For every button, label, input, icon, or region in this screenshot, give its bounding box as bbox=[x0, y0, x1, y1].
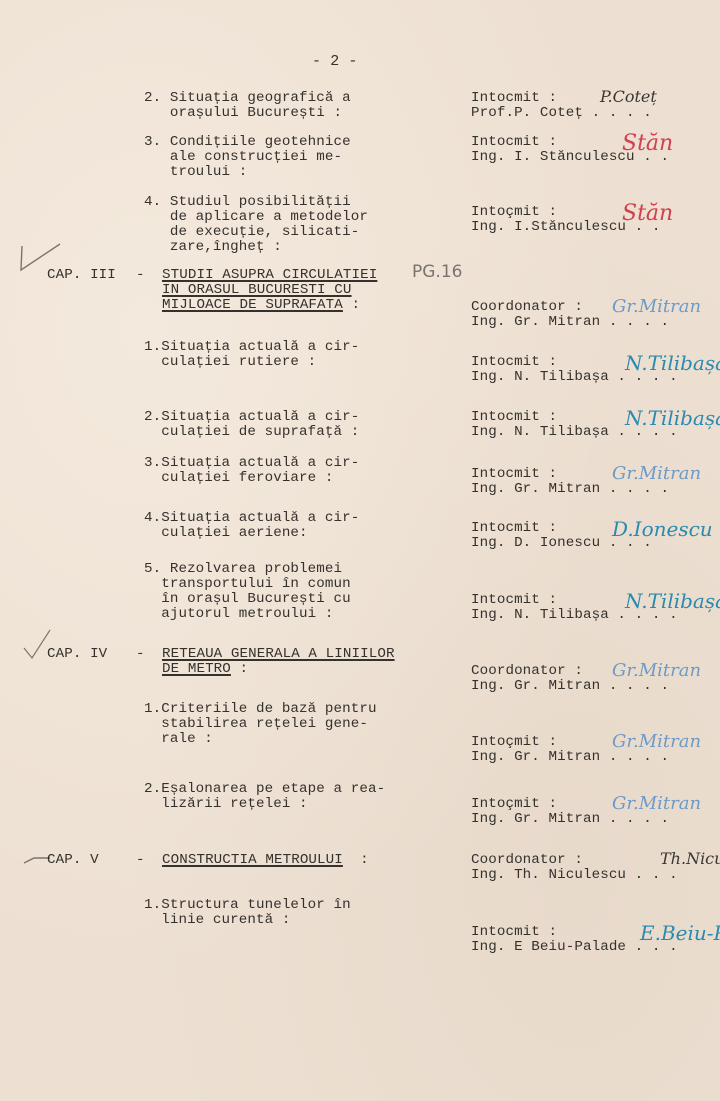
handwritten-signature: Th.Niculescu bbox=[660, 849, 720, 868]
section-item-title: culației rutiere : bbox=[144, 355, 316, 370]
section-item-title: stabilirea rețelei gene- bbox=[144, 717, 368, 732]
handwritten-signature: D.Ionescu bbox=[612, 517, 713, 541]
section-item-title: orașului București : bbox=[144, 106, 342, 121]
section-item-title: 1.Situația actuală a cir- bbox=[144, 340, 359, 355]
chapter-label: CAP. IV bbox=[47, 647, 107, 662]
handwritten-signature: N.Tilibașa bbox=[625, 589, 720, 613]
credit-role: Intocmit : bbox=[471, 925, 557, 940]
section-item-title: ajutorul metroului : bbox=[144, 607, 334, 622]
credit-role: Intoçmit : bbox=[471, 797, 557, 812]
title-colon: : bbox=[343, 298, 360, 313]
chapter-label: CAP. V bbox=[47, 853, 99, 868]
handwritten-signature: Gr.Mitran bbox=[612, 731, 701, 752]
credit-role: Intocmit : bbox=[471, 521, 557, 536]
credit-role: Intocmit : bbox=[471, 410, 557, 425]
credit-role: Intocmit : bbox=[471, 355, 557, 370]
chapter-title: MIJLOACE DE SUPRAFATA : bbox=[162, 298, 360, 313]
chapter-label: CAP. III bbox=[47, 268, 116, 283]
section-item-title: rale : bbox=[144, 732, 213, 747]
credit-role: Intocmit : bbox=[471, 135, 557, 150]
section-item-title: 3. Condițiile geotehnice bbox=[144, 135, 351, 150]
credit-name: Ing. Gr. Mitran . . . . bbox=[471, 679, 669, 694]
credit-name: Ing. Gr. Mitran . . . . bbox=[471, 750, 669, 765]
credit-role: Coordonator : bbox=[471, 300, 583, 315]
section-item-title: de execuție, silicati- bbox=[144, 225, 359, 240]
credit-role: Intocmit : bbox=[471, 593, 557, 608]
section-item-title: troului : bbox=[144, 165, 247, 180]
chapter-title: STUDII ASUPRA CIRCULATIEI bbox=[162, 268, 377, 283]
section-item-title: 5. Rezolvarea problemei bbox=[144, 562, 342, 577]
section-item-title: 1.Criteriile de bază pentru bbox=[144, 702, 377, 717]
handwritten-signature: N.Tilibașa bbox=[625, 406, 720, 430]
credit-role: Intocmit : bbox=[471, 467, 557, 482]
title-colon: : bbox=[231, 662, 248, 677]
section-item-title: linie curentă : bbox=[144, 913, 290, 928]
chapter-title: RETEAUA GENERALA A LINIILOR bbox=[162, 647, 395, 662]
section-item-title: 4. Studiul posibilității bbox=[144, 195, 351, 210]
section-item-title: 4.Situația actuală a cir- bbox=[144, 511, 359, 526]
handwritten-signature: E.Beiu-Palade bbox=[640, 921, 720, 945]
credit-name: Ing. Gr. Mitran . . . . bbox=[471, 315, 669, 330]
credit-role: Intoçmit : bbox=[471, 735, 557, 750]
credit-name: Ing. Gr. Mitran . . . . bbox=[471, 812, 669, 827]
handwritten-signature: Stăn bbox=[622, 131, 673, 156]
pencil-note: PG.16 bbox=[412, 262, 462, 282]
chapter-dash: - bbox=[136, 268, 145, 283]
handwritten-signature: Stăn bbox=[622, 201, 673, 226]
credit-role: Intocmit : bbox=[471, 91, 557, 106]
handwritten-signature: Gr.Mitran bbox=[612, 296, 701, 317]
chapter-dash: - bbox=[136, 647, 145, 662]
section-item-title: culației feroviare : bbox=[144, 471, 334, 486]
section-item-title: 2.Situația actuală a cir- bbox=[144, 410, 359, 425]
handwritten-signature: Gr.Mitran bbox=[612, 660, 701, 681]
chapter-title: DE METRO : bbox=[162, 662, 248, 677]
chapter-title: CONSTRUCTIA METROULUI : bbox=[162, 853, 369, 868]
handwritten-signature: Gr.Mitran bbox=[612, 463, 701, 484]
page-number: - 2 - bbox=[312, 54, 358, 69]
section-item-title: 3.Situația actuală a cir- bbox=[144, 456, 359, 471]
section-item-title: în orașul București cu bbox=[144, 592, 351, 607]
section-item-title: lizării rețelei : bbox=[144, 797, 308, 812]
section-item-title: culației de suprafață : bbox=[144, 425, 359, 440]
section-item-title: zare,îngheț : bbox=[144, 240, 282, 255]
section-item-title: de aplicare a metodelor bbox=[144, 210, 368, 225]
chapter-dash: - bbox=[136, 853, 145, 868]
chapter-title: IN ORASUL BUCURESTI CU bbox=[162, 283, 352, 298]
credit-name: Ing. Gr. Mitran . . . . bbox=[471, 482, 669, 497]
handwritten-signature: P.Coteț bbox=[600, 87, 657, 106]
section-item-title: ale construcției me- bbox=[144, 150, 342, 165]
section-item-title: 1.Structura tunelelor în bbox=[144, 898, 351, 913]
section-item-title: transportului în comun bbox=[144, 577, 351, 592]
credit-role: Coordonator : bbox=[471, 664, 583, 679]
document-page: - 2 - PG.16 2. Situația geografică a ora… bbox=[0, 0, 720, 1101]
handwritten-signature: Gr.Mitran bbox=[612, 793, 701, 814]
credit-role: Intoçmit : bbox=[471, 205, 557, 220]
section-item-title: culației aeriene: bbox=[144, 526, 308, 541]
credit-name: Prof.P. Coteț . . . . bbox=[471, 106, 652, 121]
credit-role: Coordonator : bbox=[471, 853, 583, 868]
credit-name: Ing. Th. Niculescu . . . bbox=[471, 868, 678, 883]
section-item-title: 2.Eșalonarea pe etape a rea- bbox=[144, 782, 385, 797]
section-item-title: 2. Situația geografică a bbox=[144, 91, 351, 106]
title-colon: : bbox=[343, 853, 369, 868]
handwritten-signature: N.Tilibașa bbox=[625, 351, 720, 375]
